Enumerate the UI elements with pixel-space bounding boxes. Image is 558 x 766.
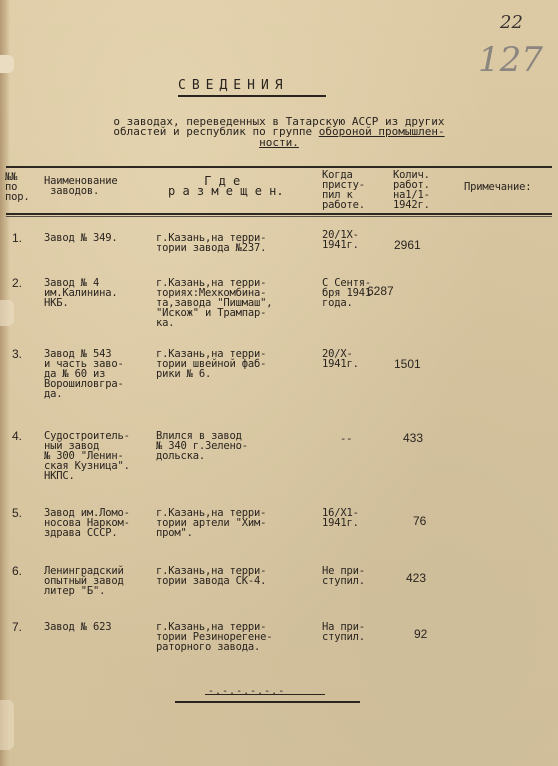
header-started: Когда присту- пил к работе.: [322, 170, 365, 210]
row-location: г.Казань,на терри- тории артели "Хим- пр…: [156, 508, 266, 538]
hole-punch: [0, 55, 14, 73]
header-note: Примечание:: [464, 182, 531, 192]
end-underline-2: [175, 701, 360, 703]
row-location: г.Казань,на терри- тории швейной фаб- ри…: [156, 349, 266, 379]
row-num: 4.: [12, 431, 22, 441]
row-started: --: [340, 434, 352, 444]
row-location: Влился в завод № 340 г.Зелено- дольска.: [156, 431, 248, 461]
row-location: г.Казань,на терри- тории завода №237.: [156, 233, 266, 253]
row-workers: 433: [403, 433, 423, 443]
row-name: Завод № 349.: [44, 233, 117, 243]
row-name: Завод им.Ломо- носова Нарком- здрава ССС…: [44, 508, 130, 538]
header-num: №№ по пор.: [5, 172, 30, 202]
row-workers: 6287: [367, 286, 394, 296]
table-top-rule: [6, 166, 552, 168]
row-name: Судостроитель- ный завод № 300 "Ленин- с…: [44, 431, 130, 481]
row-name: Ленинградский опытный завод литер "Б".: [44, 566, 124, 596]
row-location: г.Казань,на терри- тории завода СК-4.: [156, 566, 266, 586]
header-workers: Колич. работ. на1/1- 1942г.: [393, 170, 430, 210]
row-num: 2.: [12, 278, 22, 288]
end-mark: -.-.-.-.-.-: [208, 686, 285, 697]
row-workers: 76: [413, 516, 426, 526]
row-started: 20/Х- 1941г.: [322, 349, 359, 369]
end-underline-1: [205, 694, 325, 695]
row-name: Завод № 543 и часть заво- да № 60 из Вор…: [44, 349, 124, 399]
row-started: Не при- ступил.: [322, 566, 365, 586]
row-started: С Сентя- бря 1941 года.: [322, 278, 371, 308]
row-started: 16/Х1- 1941г.: [322, 508, 359, 528]
paper-edge: [0, 0, 10, 766]
header-bottom-rule: [6, 213, 552, 215]
document-page: 22 127 СВЕДЕНИЯ о заводах, переведенных …: [0, 0, 558, 766]
row-workers: 2961: [394, 240, 421, 250]
page-number-handwritten: 22: [500, 12, 523, 33]
row-name: Завод № 4 им.Калинина. НКБ.: [44, 278, 117, 308]
row-location: г.Казань,на терри- тории Резинорегене- р…: [156, 622, 272, 652]
row-started: На при- ступил.: [322, 622, 365, 642]
row-started: 20/1Х- 1941г.: [322, 230, 359, 250]
header-bottom-rule-2: [6, 216, 552, 217]
paper-tear: [0, 700, 14, 750]
row-workers: 423: [406, 573, 426, 583]
subtitle-line-3: ности.: [0, 137, 558, 148]
row-num: 6.: [12, 566, 22, 576]
paper-tear: [0, 300, 14, 326]
pencil-archive-mark: 127: [478, 40, 543, 80]
row-workers: 92: [414, 629, 427, 639]
row-num: 5.: [12, 508, 22, 518]
row-num: 3.: [12, 349, 22, 359]
row-num: 1.: [12, 233, 22, 243]
row-location: г.Казань,на терри- ториях:Мехкомбина- та…: [156, 278, 272, 328]
header-name: Наименование заводов.: [44, 176, 117, 196]
row-workers: 1501: [394, 359, 421, 369]
header-location: Г д е р а з м е щ е н.: [168, 176, 284, 196]
title-underline: [178, 95, 326, 97]
row-num: 7.: [12, 622, 22, 632]
row-name: Завод № 623: [44, 622, 111, 632]
document-title: СВЕДЕНИЯ: [178, 78, 289, 93]
